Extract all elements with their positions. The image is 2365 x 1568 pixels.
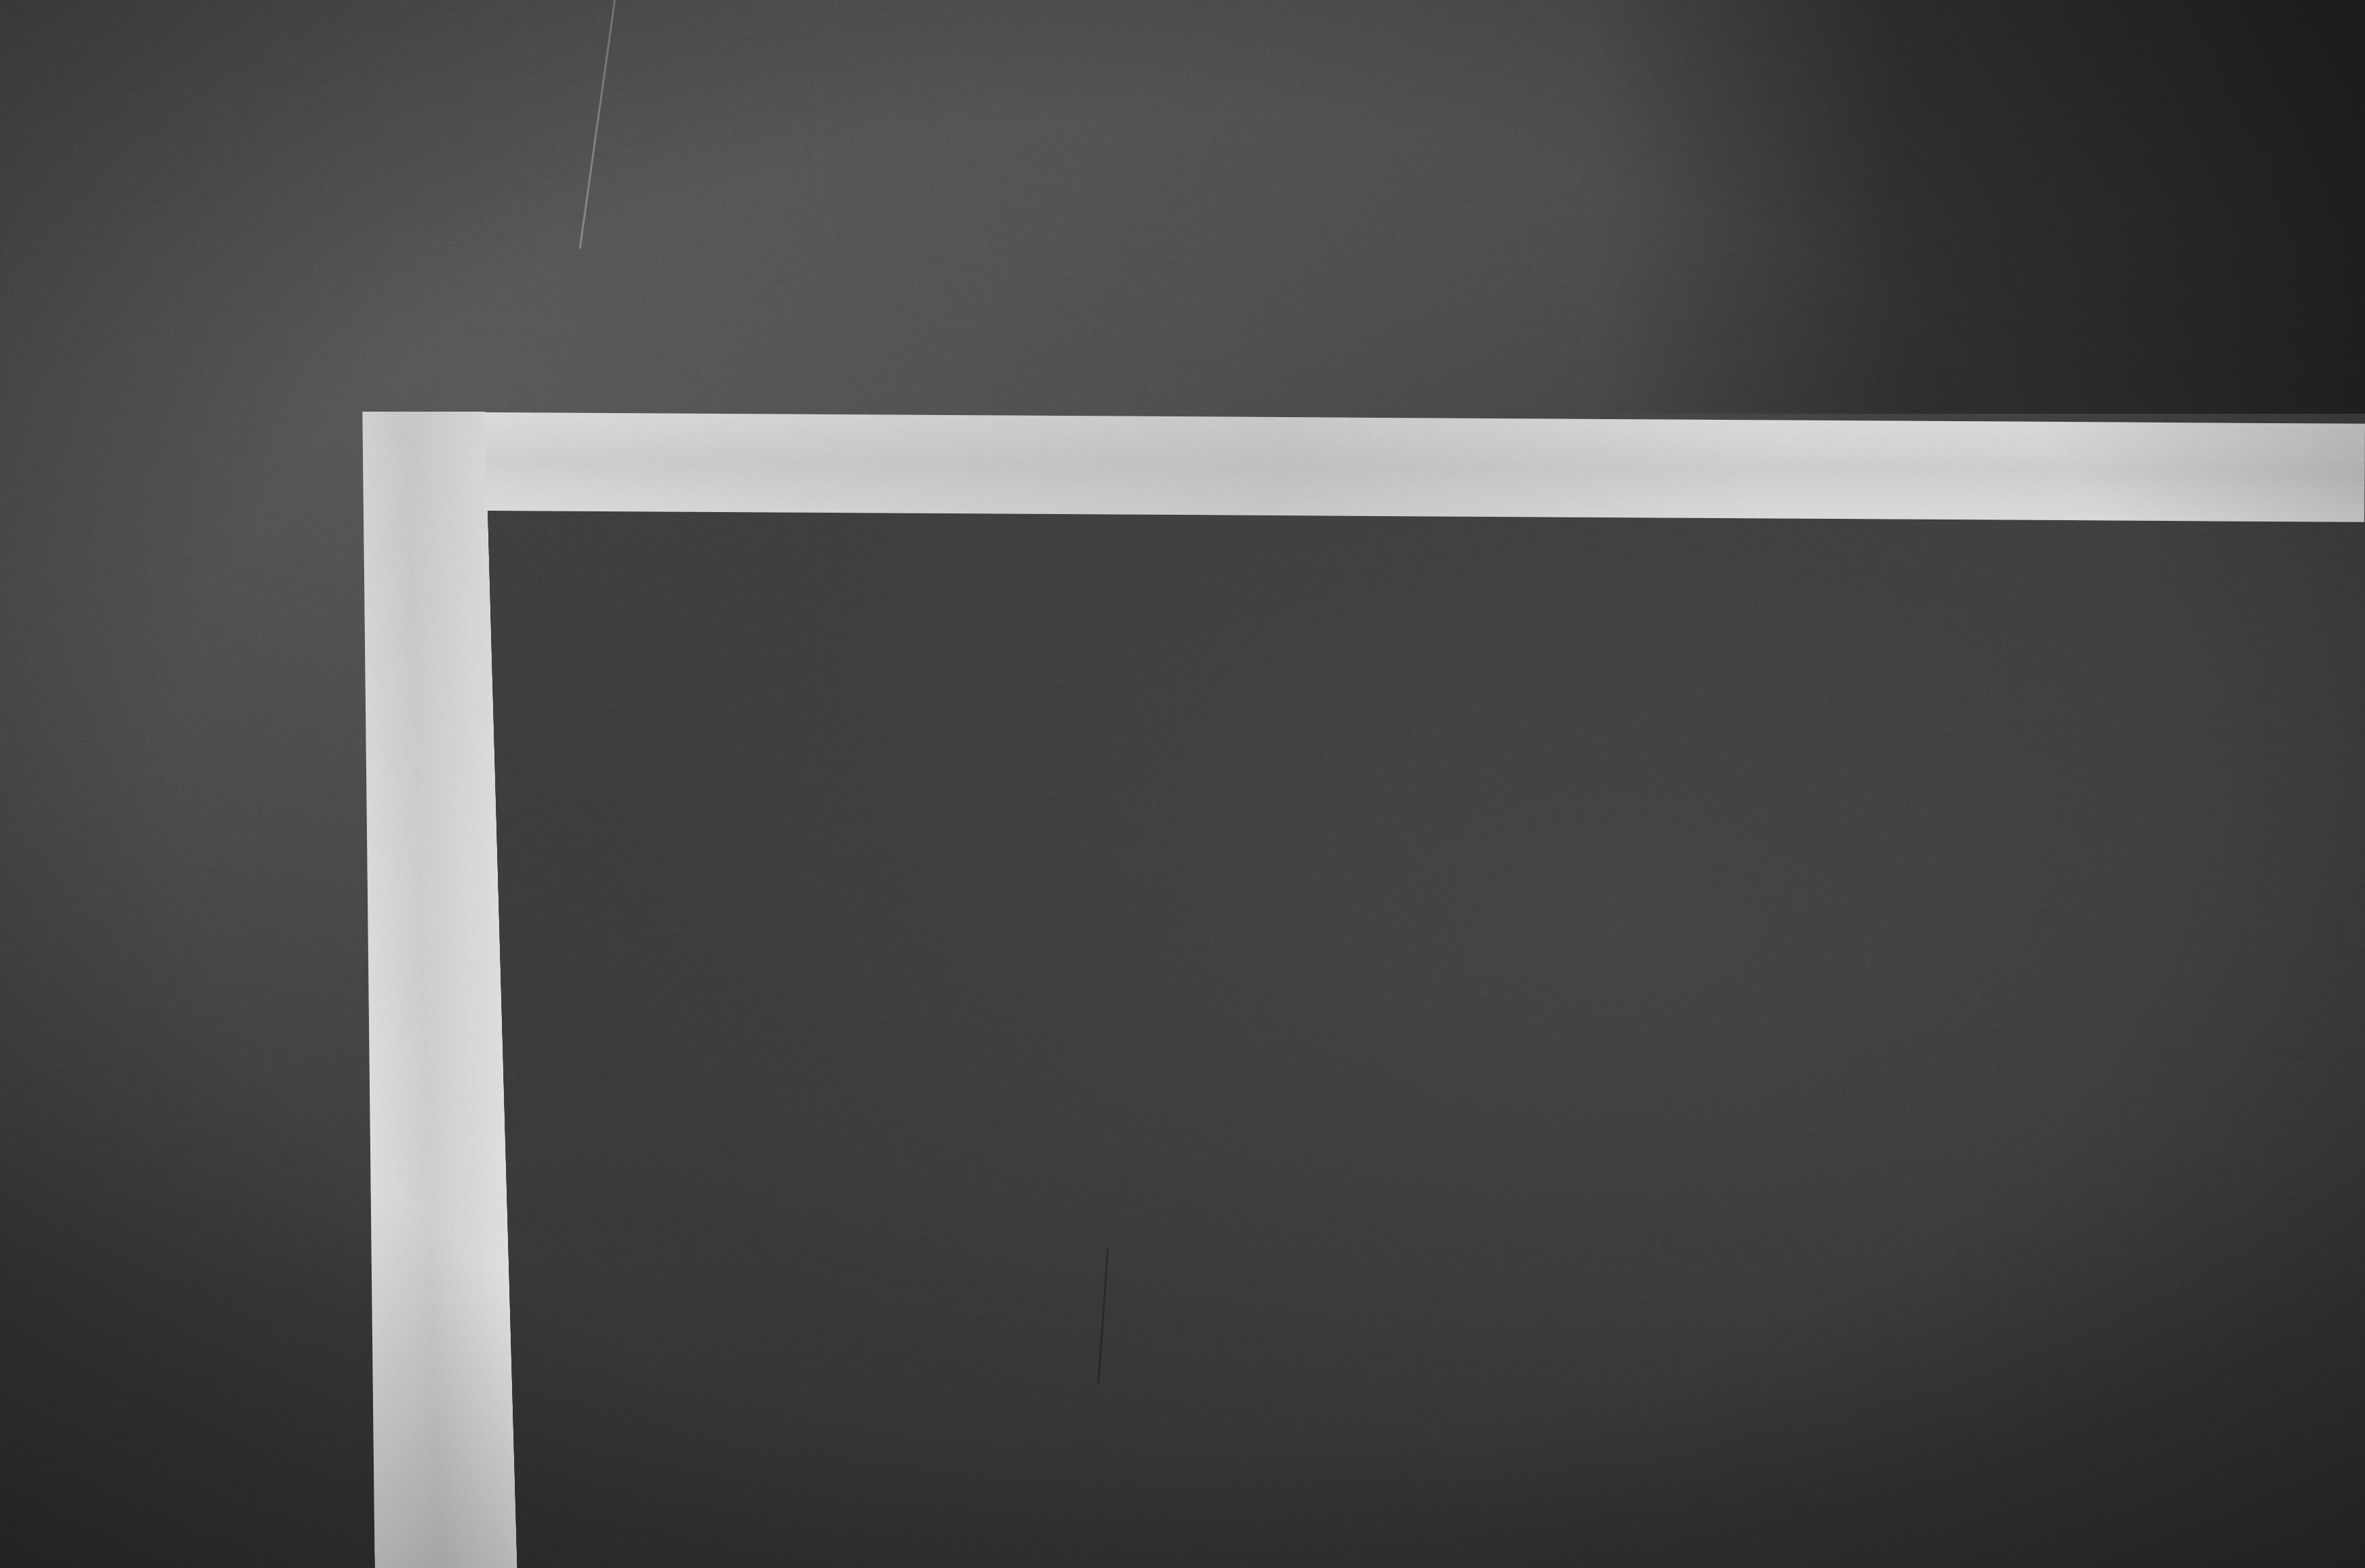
image-description: An L-shaped white painted boundary line … xyxy=(0,0,1,1)
painted-line-horizontal xyxy=(389,412,2365,522)
inner-asphalt-area xyxy=(475,509,2365,1568)
surface-scratch xyxy=(579,0,616,249)
upper-right-shadow xyxy=(1594,0,2365,414)
photograph: An L-shaped white painted boundary line … xyxy=(0,0,2365,1568)
